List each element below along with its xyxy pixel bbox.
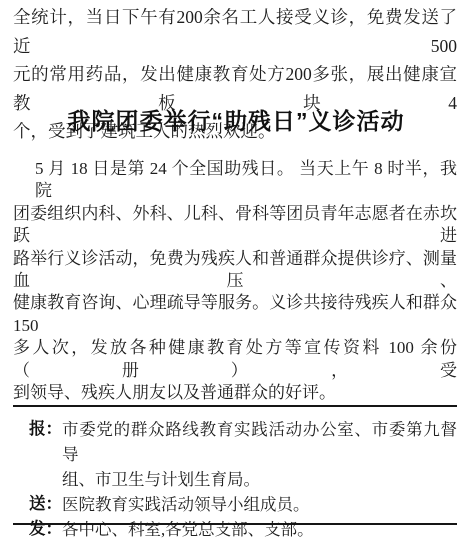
distribution-label: 发：	[29, 517, 62, 541]
distribution-label: 报：	[29, 417, 62, 442]
distribution-line: 医院教育实践活动领导小组成员。	[62, 492, 457, 517]
document-page: { "document": { "background_color": "#ff…	[0, 0, 472, 541]
distribution-line: 组、市卫生与计划生育局。	[62, 467, 457, 492]
bottom-divider-line	[13, 523, 457, 525]
distribution-text: 各中心、科室,各党总支部、支部。	[62, 517, 457, 541]
paragraph-line: 5 月 18 日是第 24 个全国助残日。 当天上午 8 时半，我院	[13, 158, 457, 203]
paragraph-line: 多人次，发放各种健康教育处方等宣传资料 100 余份（册），受	[13, 337, 457, 382]
distribution-line: 各中心、科室,各党总支部、支部。	[62, 517, 457, 541]
paragraph-line: 团委组织内科、外科、儿科、骨科等团员青年志愿者在赤坎跃进	[13, 203, 457, 248]
article-title: 我院团委举行“助残日”义诊活动	[0, 104, 472, 138]
distribution-text: 市委党的群众路线教育实践活动办公室、市委第九督导 组、市卫生与计划生育局。	[62, 417, 457, 492]
paragraph-line: 全统计，当日下午有200余名工人接受义诊，免费发送了近500	[13, 3, 457, 60]
paragraph-line: 到领导、残疾人朋友以及普通群众的好评。	[13, 382, 457, 404]
distribution-entry-fa: 发： 各中心、科室,各党总支部、支部。	[29, 517, 457, 541]
distribution-line: 市委党的群众路线教育实践活动办公室、市委第九督导	[62, 417, 457, 467]
distribution-text: 医院教育实践活动领导小组成员。	[62, 492, 457, 517]
distribution-entry-bao: 报： 市委党的群众路线教育实践活动办公室、市委第九督导 组、市卫生与计划生育局。	[29, 417, 457, 492]
article-body-paragraph: 5 月 18 日是第 24 个全国助残日。 当天上午 8 时半，我院 团委组织内…	[13, 158, 457, 404]
paragraph-line: 路举行义诊活动，免费为残疾人和普通群众提供诊疗、测量血压、	[13, 248, 457, 293]
paragraph-line: 健康教育咨询、心理疏导等服务。义诊共接待残疾人和群众 150	[13, 292, 457, 337]
distribution-label: 送：	[29, 492, 62, 517]
top-divider-line	[13, 405, 457, 407]
distribution-entry-song: 送： 医院教育实践活动领导小组成员。	[29, 492, 457, 517]
